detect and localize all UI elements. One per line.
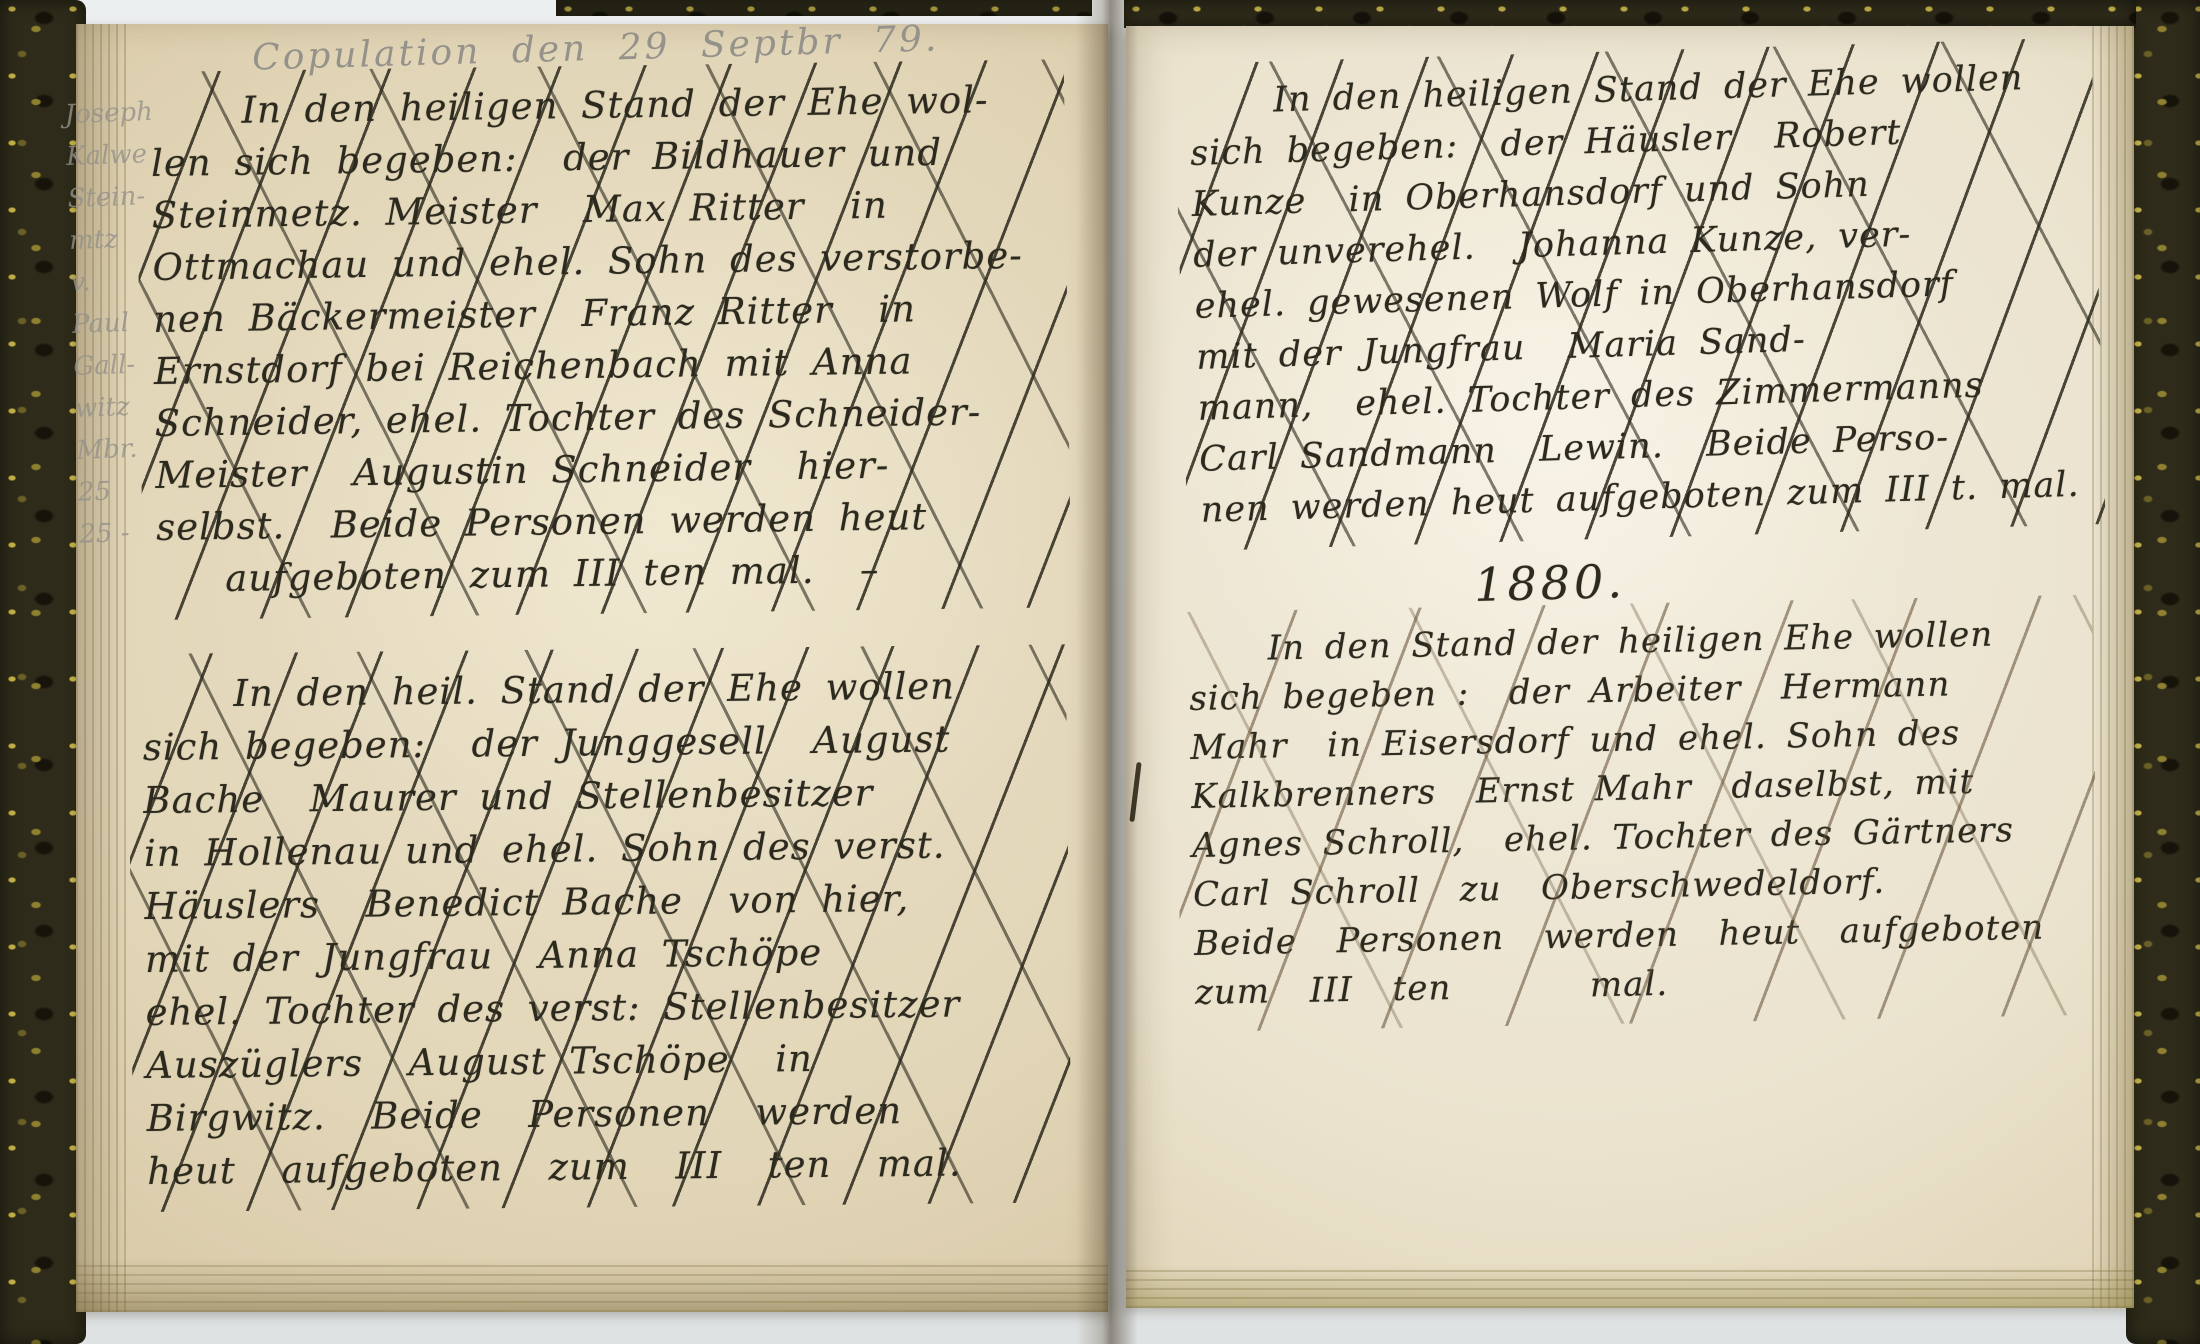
entry-text: In den Stand der heiligen Ehe wollensich… (1188, 609, 2085, 1018)
book-cover-right-edge (2126, 0, 2200, 1344)
handwritten-line: Häuslers Benedict Bache von hier, (144, 870, 1055, 933)
scanned-register-page-spread: Copulation den 29 Septbr 79. JosephKalwe… (0, 0, 2200, 1344)
handwritten-line: mit der Jungfrau Anna Tschöpe (145, 923, 1056, 986)
entry-text: In den heiligen Stand der Ehe wollensich… (1188, 52, 2091, 537)
page-gutter-shadow (1076, 0, 1138, 1344)
handwritten-line: Birgwitz. Beide Personen werden (146, 1082, 1057, 1145)
handwritten-line: In den heil. Stand der Ehe wollen (142, 658, 1053, 721)
handwritten-line: Bache Maurer und Stellenbesitzer (143, 764, 1054, 827)
handwritten-line: sich begeben: der Junggesell August (143, 711, 1054, 774)
right-page-entry-2: In den Stand der heiligen Ehe wollensich… (1188, 609, 2085, 1018)
left-page-entry-2: In den heil. Stand der Ehe wollensich be… (142, 658, 1058, 1198)
entry-text: In den heiligen Stand der Ehe wol-len si… (150, 73, 1057, 606)
handwritten-line: in Hollenau und ehel. Sohn des verst. (144, 817, 1055, 880)
book-binding-top-right (1124, 0, 2136, 28)
right-page-entry-1: In den heiligen Stand der Ehe wollensich… (1188, 52, 2091, 537)
handwritten-line: Auszüglers August Tschöpe in (146, 1029, 1057, 1092)
book-binding-top-left (556, 0, 1092, 16)
left-page-entry-1: In den heiligen Stand der Ehe wol-len si… (150, 73, 1057, 606)
handwritten-line: heut aufgeboten zum III ten mal. (147, 1135, 1058, 1198)
entry-text: In den heil. Stand der Ehe wollensich be… (142, 658, 1058, 1198)
handwritten-line: ehel. Tochter des verst: Stellenbesitzer (145, 976, 1056, 1039)
